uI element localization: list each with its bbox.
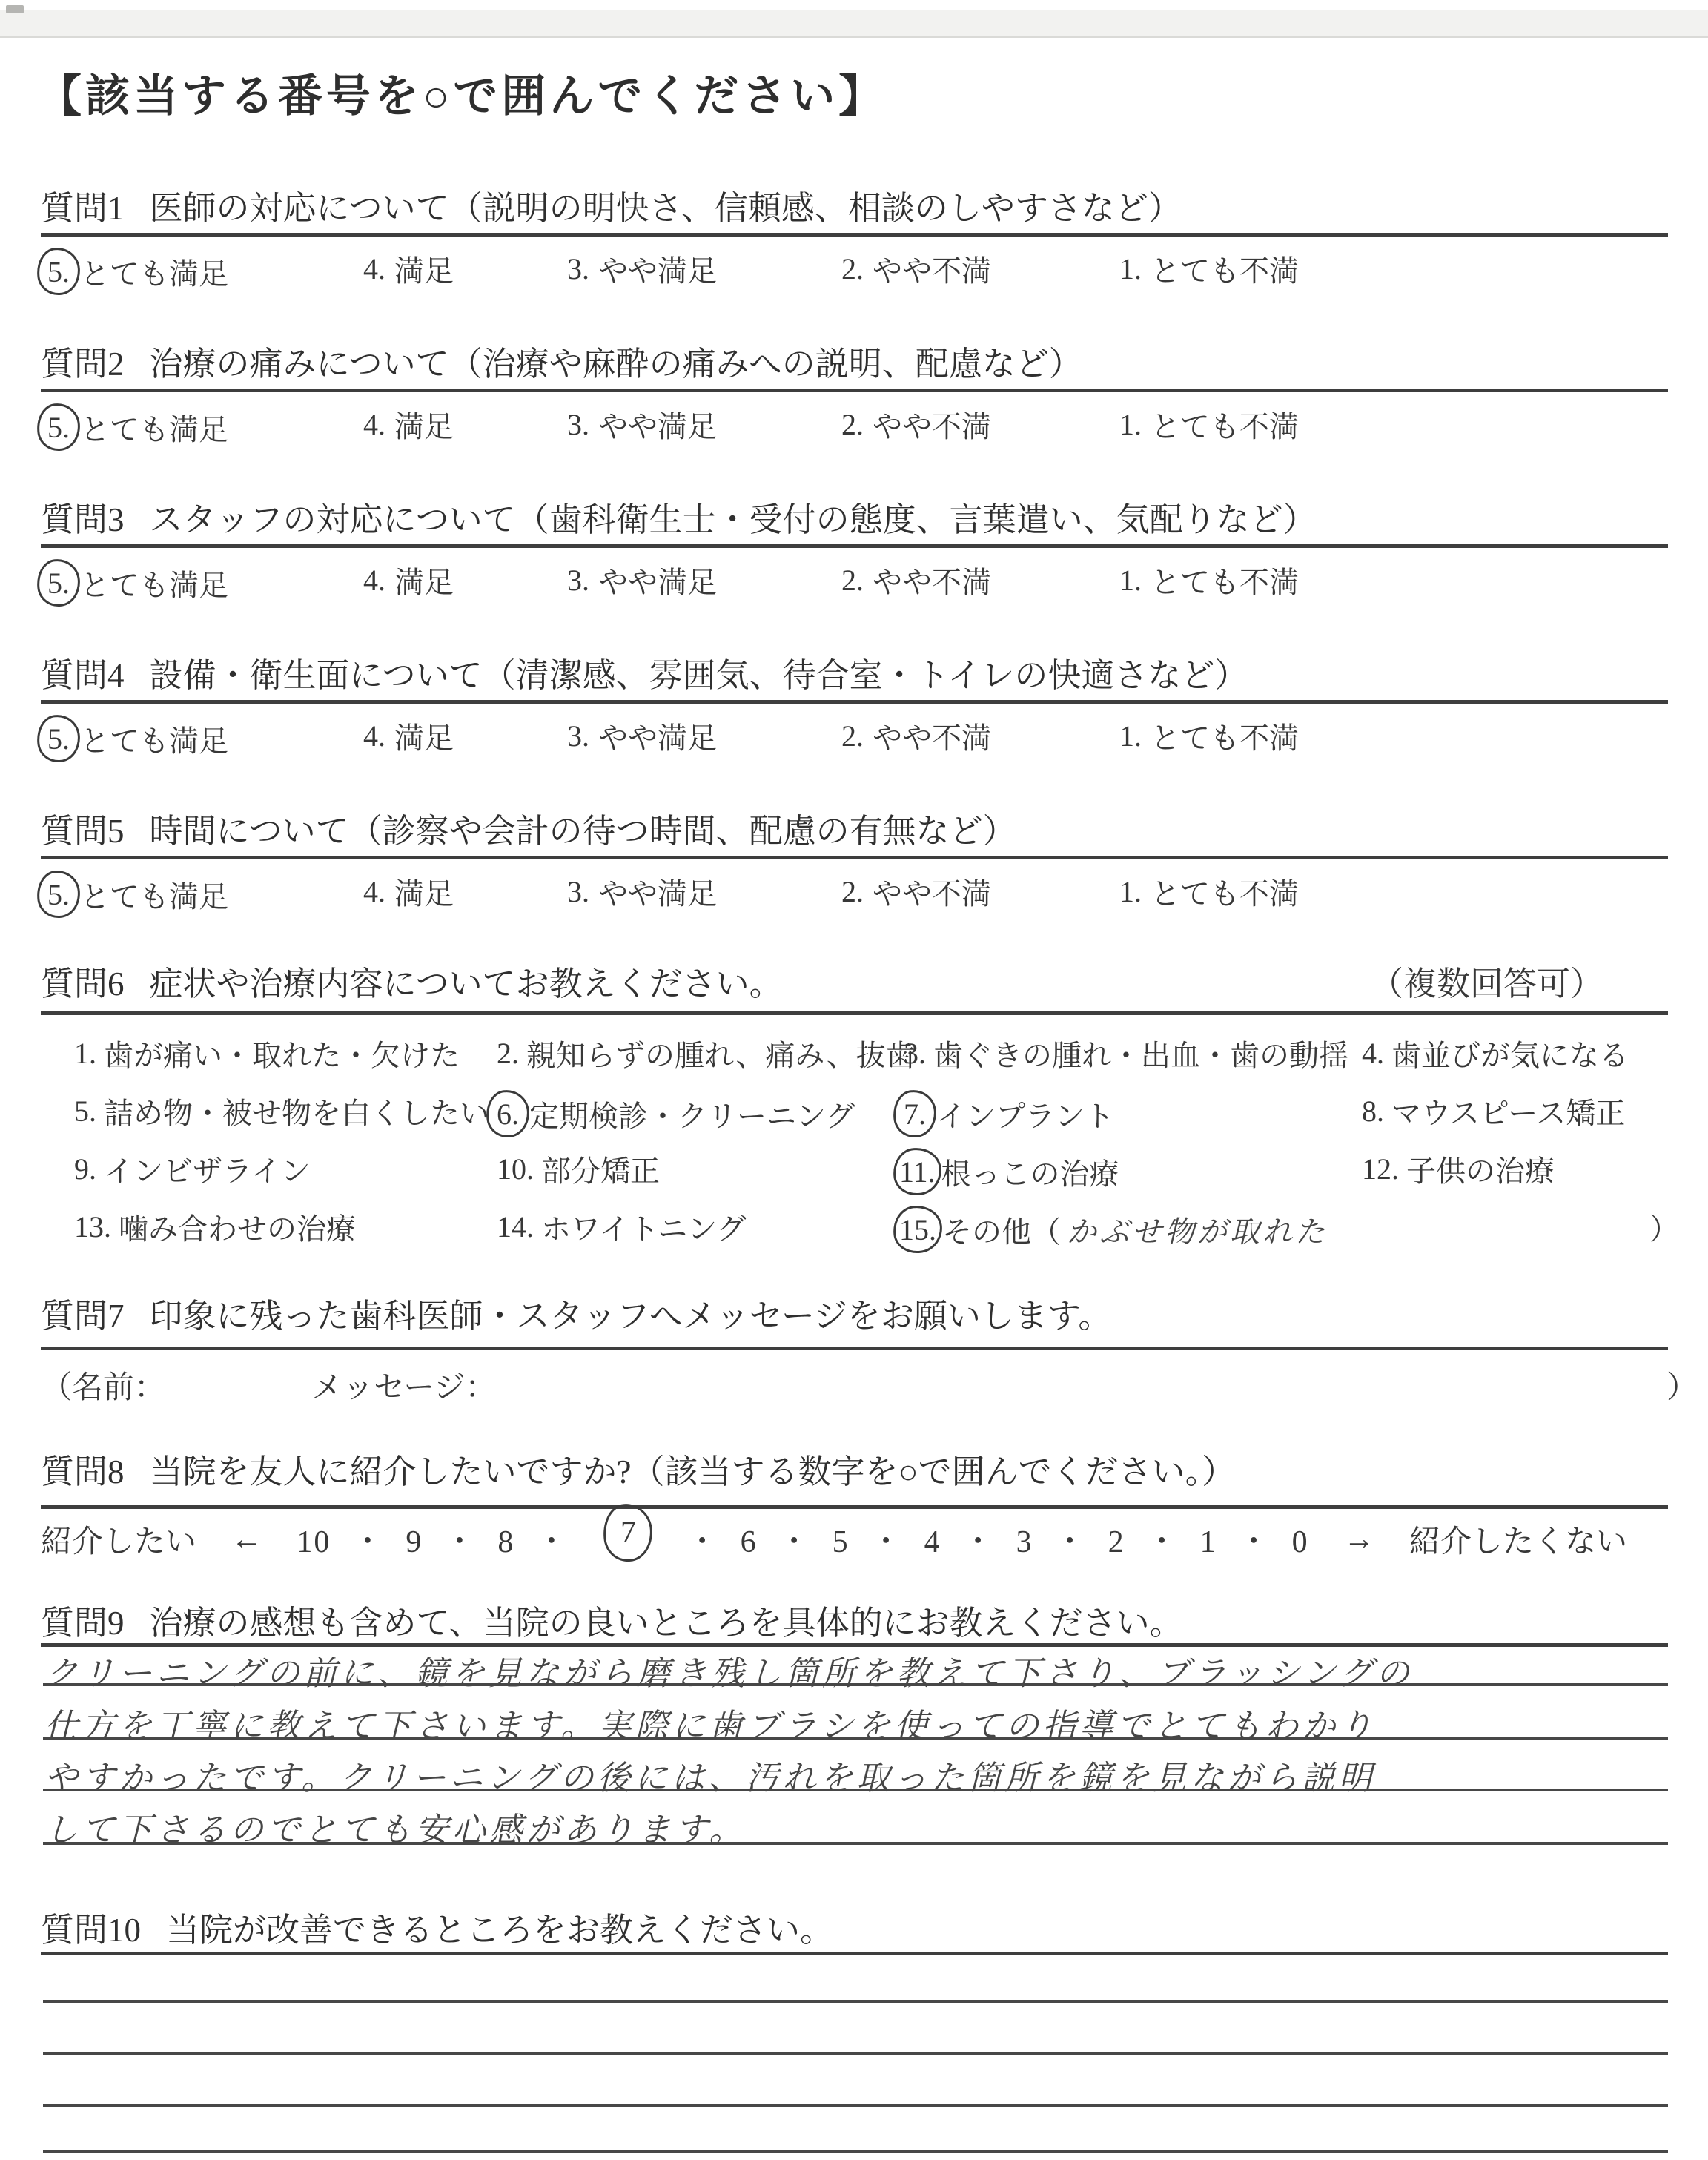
option-5-circled: 5.とても満足 xyxy=(37,715,228,762)
question-2-options: 5.とても満足 4.満足 3.やや満足 2.やや不満 1.とても不満 xyxy=(0,403,1708,455)
question-text: スタッフの対応について（歯科衛生士・受付の態度、言葉遣い、気配りなど） xyxy=(150,501,1317,538)
question-3-options: 5.とても満足 4.満足 3.やや満足 2.やや不満 1.とても不満 xyxy=(0,559,1708,611)
option-number: 9. xyxy=(74,1152,96,1186)
option-label: やや満足 xyxy=(598,715,717,757)
option-number: 2. xyxy=(497,1036,519,1071)
handwritten-answer-line: クリーニングの前に、鏡を見ながら磨き残し箇所を教えて下さり、ブラッシングの xyxy=(44,1646,1683,1694)
question-4-options: 5.とても満足 4.満足 3.やや満足 2.やや不満 1.とても不満 xyxy=(0,715,1708,767)
option-number: 2. xyxy=(841,563,864,598)
question-1-heading: 質問1医師の対応について（説明の明快さ、信頼感、相談のしやすさなど） xyxy=(41,181,1182,229)
scan-speck xyxy=(6,5,24,13)
q6-option-3: 3.歯ぐきの腫れ・出血・歯の動揺 xyxy=(904,1032,1348,1074)
writing-line xyxy=(43,2052,1668,2055)
question-number: 質問8 xyxy=(41,1453,125,1490)
option-number: 1. xyxy=(1119,251,1142,286)
option-number: 4. xyxy=(363,563,385,598)
question-text: 時間について（診察や会計の待つ時間、配慮の有無など） xyxy=(150,813,1016,850)
question-text: 治療の感想も含めて、当院の良いところを具体的にお教えください。 xyxy=(150,1605,1183,1642)
option-number: 3. xyxy=(567,407,589,442)
option-label: とても不満 xyxy=(1151,559,1299,601)
message-field-label: メッセージ： xyxy=(311,1363,496,1407)
writing-line xyxy=(43,1842,1668,1845)
divider-line xyxy=(41,233,1668,237)
option-3: 3.やや満足 xyxy=(567,559,717,601)
option-label: とても満足 xyxy=(80,406,228,449)
question-4-heading: 質問4設備・衛生面について（清潔感、雰囲気、待合室・トイレの快適さなど） xyxy=(41,648,1248,696)
option-label: やや不満 xyxy=(873,403,991,446)
q6-row-3: 9.インビザライン 10.部分矯正 11.根っこの治療 12.子供の治療 xyxy=(0,1148,1708,1200)
option-3: 3.やや満足 xyxy=(567,715,717,757)
question-number: 質問3 xyxy=(41,501,125,538)
handwritten-answer-line: 仕方を丁寧に教えて下さいます。実際に歯ブラシを使っての指導でとてもわかり xyxy=(44,1699,1683,1747)
q6-option-7-circled: 7.インプラント xyxy=(893,1090,1114,1137)
q6-option-1: 1.歯が痛い・取れた・欠けた xyxy=(74,1032,460,1074)
question-8-heading: 質問8当院を友人に紹介したいですか?（該当する数字を○で囲んでください。） xyxy=(41,1444,1235,1493)
option-number: 1. xyxy=(74,1036,96,1071)
option-2: 2.やや不満 xyxy=(841,715,991,757)
multiple-answers-note: （複数回答可） xyxy=(1370,957,1603,1005)
scan-artifact-band xyxy=(0,10,1708,38)
option-number: 5. xyxy=(47,410,70,445)
question-number: 質問2 xyxy=(41,346,125,383)
name-field-label: （名前： xyxy=(41,1363,165,1407)
question-2-heading: 質問2治療の痛みについて（治療や麻酔の痛みへの説明、配慮など） xyxy=(41,337,1082,385)
answer-circle: 5. xyxy=(36,558,82,608)
question-5-heading: 質問5時間について（診察や会計の待つ時間、配慮の有無など） xyxy=(41,804,1016,852)
option-number: 5. xyxy=(47,721,70,756)
option-label: とても不満 xyxy=(1151,715,1299,757)
q6-other-close-paren: ） xyxy=(1649,1206,1679,1248)
option-5-circled: 5.とても満足 xyxy=(37,403,228,451)
option-2: 2.やや不満 xyxy=(841,559,991,601)
option-3: 3.やや満足 xyxy=(567,403,717,446)
question-number: 質問10 xyxy=(41,1912,141,1949)
option-4: 4.満足 xyxy=(363,559,454,601)
q6-option-12: 12.子供の治療 xyxy=(1362,1148,1555,1190)
writing-line xyxy=(43,1789,1668,1791)
option-label: やや不満 xyxy=(873,248,991,290)
option-label: 根っこの治療 xyxy=(941,1151,1119,1193)
option-1: 1.とても不満 xyxy=(1119,559,1299,601)
question-9-heading: 質問9治療の感想も含めて、当院の良いところを具体的にお教えください。 xyxy=(41,1596,1183,1644)
q6-option-10: 10.部分矯正 xyxy=(497,1148,660,1190)
scale-numbers-right: ・ 6 ・ 5 ・ 4 ・ 3 ・ 2 ・ 1 ・ 0 xyxy=(686,1517,1309,1562)
option-number: 4. xyxy=(363,719,385,753)
option-number: 3. xyxy=(567,874,589,909)
left-arrow-icon: ← xyxy=(231,1522,262,1557)
option-label: 満足 xyxy=(394,559,454,601)
writing-line xyxy=(43,1737,1668,1740)
question-number: 質問4 xyxy=(41,657,125,694)
close-paren: ） xyxy=(1666,1363,1698,1407)
option-label: 噛み合わせの治療 xyxy=(119,1206,356,1248)
option-label: インプラント xyxy=(936,1093,1114,1135)
survey-form-page: 【該当する番号を○で囲んでください】 質問1医師の対応について（説明の明快さ、信… xyxy=(0,0,1708,2160)
question-7-heading: 質問7印象に残った歯科医師・スタッフへメッセージをお願いします。 xyxy=(41,1289,1111,1337)
option-3: 3.やや満足 xyxy=(567,248,717,290)
option-label: 歯並びが気になる xyxy=(1391,1032,1629,1074)
option-number: 5. xyxy=(47,254,70,289)
divider-line xyxy=(41,389,1668,392)
q6-row-4: 13.噛み合わせの治療 14.ホワイトニング 15.その他（かぶせ物が取れた ） xyxy=(0,1206,1708,1258)
option-number: 4. xyxy=(363,874,385,909)
q6-row-2: 5.詰め物・被せ物を白くしたい 6.定期検診・クリーニング 7.インプラント 8… xyxy=(0,1090,1708,1142)
option-number: 4. xyxy=(363,251,385,286)
question-text: 症状や治療内容についてお教えください。 xyxy=(150,965,783,1003)
question-number: 質問5 xyxy=(41,813,125,850)
option-2: 2.やや不満 xyxy=(841,248,991,290)
option-number: 3. xyxy=(567,563,589,598)
option-2: 2.やや不満 xyxy=(841,871,991,913)
option-label: 定期検診・クリーニング xyxy=(529,1093,855,1135)
question-number: 質問1 xyxy=(41,190,125,227)
q6-option-6-circled: 6.定期検診・クリーニング xyxy=(486,1090,855,1137)
option-label: とても満足 xyxy=(80,873,228,916)
option-number: 1. xyxy=(1119,719,1142,753)
divider-line xyxy=(41,544,1668,548)
option-label: 満足 xyxy=(394,715,454,757)
right-arrow-icon: → xyxy=(1343,1522,1374,1557)
option-label: やや不満 xyxy=(873,871,991,913)
answer-circle: 5. xyxy=(36,869,82,919)
q6-option-14: 14.ホワイトニング xyxy=(497,1206,746,1248)
question-3-heading: 質問3スタッフの対応について（歯科衛生士・受付の態度、言葉遣い、気配りなど） xyxy=(41,492,1317,541)
option-label: やや満足 xyxy=(598,559,717,601)
option-number: 2. xyxy=(841,874,864,909)
question-text: 医師の対応について（説明の明快さ、信頼感、相談のしやすさなど） xyxy=(150,190,1182,227)
question-1-options: 5.とても満足 4.満足 3.やや満足 2.やや不満 1.とても不満 xyxy=(0,248,1708,300)
option-label: 親知らずの腫れ、痛み、抜歯 xyxy=(526,1032,916,1074)
option-1: 1.とても不満 xyxy=(1119,248,1299,290)
option-1: 1.とても不満 xyxy=(1119,871,1299,913)
option-number: 2. xyxy=(841,719,864,753)
answer-circle: 7 xyxy=(601,1502,654,1563)
option-5-circled: 5.とても満足 xyxy=(37,559,228,607)
answer-circle: 11. xyxy=(892,1146,943,1197)
option-label: とても満足 xyxy=(80,251,228,293)
option-3: 3.やや満足 xyxy=(567,871,717,913)
option-number: 1. xyxy=(1119,563,1142,598)
q6-option-2: 2.親知らずの腫れ、痛み、抜歯 xyxy=(497,1032,916,1074)
answer-circle: 15. xyxy=(892,1204,944,1255)
option-label: 歯が痛い・取れた・欠けた xyxy=(104,1032,460,1074)
q6-option-4: 4.歯並びが気になる xyxy=(1362,1032,1629,1074)
option-5-circled: 5.とても満足 xyxy=(37,871,228,918)
option-label: 詰め物・被せ物を白くしたい xyxy=(104,1090,489,1132)
selected-score: 7 xyxy=(620,1515,635,1550)
option-number: 1. xyxy=(1119,407,1142,442)
question-6-heading: 質問6症状や治療内容についてお教えください。 xyxy=(41,957,783,1005)
scale-left-label: 紹介したい xyxy=(41,1517,196,1562)
option-5-circled: 5.とても満足 xyxy=(37,248,228,295)
answer-circle: 7. xyxy=(892,1089,938,1139)
option-label: とても不満 xyxy=(1151,403,1299,446)
option-number: 6. xyxy=(497,1097,519,1132)
option-number: 15. xyxy=(899,1212,936,1247)
divider-line xyxy=(41,1505,1668,1509)
answer-circle: 5. xyxy=(36,402,82,452)
option-label: その他（ xyxy=(942,1209,1061,1251)
option-label: とても満足 xyxy=(80,562,228,604)
option-label: やや不満 xyxy=(873,715,991,757)
question-number: 質問9 xyxy=(41,1605,125,1642)
page-title: 【該当する番号を○で囲んでください】 xyxy=(37,61,887,125)
q6-option-5: 5.詰め物・被せ物を白くしたい xyxy=(74,1090,489,1132)
divider-line xyxy=(41,856,1668,859)
writing-line xyxy=(43,2150,1668,2153)
option-number: 12. xyxy=(1362,1152,1399,1186)
option-number: 5. xyxy=(47,877,70,912)
answer-circle: 6. xyxy=(485,1089,531,1139)
q6-option-13: 13.噛み合わせの治療 xyxy=(74,1206,356,1248)
option-label: マウスピース矯正 xyxy=(1391,1090,1625,1132)
q6-option-15-circled: 15.その他（かぶせ物が取れた xyxy=(893,1206,1328,1253)
option-number: 2. xyxy=(841,251,864,286)
option-4: 4.満足 xyxy=(363,403,454,446)
handwritten-answer-line: やすかったです。クリーニングの後には、汚れを取った箇所を鏡を見ながら説明 xyxy=(44,1751,1683,1799)
option-number: 5. xyxy=(74,1094,96,1129)
option-label: とても満足 xyxy=(80,718,228,760)
nps-scale: 紹介したい ← 10 ・ 9 ・ 8 ・ 7 ・ 6 ・ 5 ・ 4 ・ 3 ・… xyxy=(41,1517,1627,1562)
option-number: 4. xyxy=(1362,1036,1384,1071)
scale-numbers-left: 10 ・ 9 ・ 8 ・ xyxy=(297,1517,569,1562)
option-4: 4.満足 xyxy=(363,871,454,913)
option-1: 1.とても不満 xyxy=(1119,715,1299,757)
question-number: 質問7 xyxy=(41,1298,125,1335)
option-label: 子供の治療 xyxy=(1406,1148,1555,1190)
option-label: インビザライン xyxy=(104,1148,311,1190)
scale-right-label: 紹介したくない xyxy=(1409,1517,1627,1562)
question-number: 質問6 xyxy=(41,965,125,1003)
question-text: 治療の痛みについて（治療や麻酔の痛みへの説明、配慮など） xyxy=(150,346,1082,383)
writing-line xyxy=(43,2000,1668,2003)
q6-option-8: 8.マウスピース矯正 xyxy=(1362,1090,1625,1132)
question-text: 当院が改善できるところをお教えください。 xyxy=(166,1912,833,1949)
option-number: 10. xyxy=(497,1152,534,1186)
question-10-heading: 質問10当院が改善できるところをお教えください。 xyxy=(41,1903,833,1951)
q6-option-11-circled: 11.根っこの治療 xyxy=(893,1148,1119,1195)
option-number: 4. xyxy=(363,407,385,442)
option-label: ホワイトニング xyxy=(541,1206,746,1248)
option-number: 7. xyxy=(904,1097,926,1132)
question-text: 印象に残った歯科医師・スタッフへメッセージをお願いします。 xyxy=(150,1298,1112,1335)
answer-circle: 5. xyxy=(36,713,82,764)
handwritten-other-answer: かぶせ物が取れた xyxy=(1067,1209,1328,1251)
option-4: 4.満足 xyxy=(363,248,454,290)
divider-line xyxy=(41,1952,1668,1955)
close-paren: ） xyxy=(1649,1206,1679,1248)
option-number: 5. xyxy=(47,566,70,601)
q6-option-9: 9.インビザライン xyxy=(74,1148,311,1190)
divider-line xyxy=(41,1347,1668,1350)
option-label: 満足 xyxy=(394,871,454,913)
writing-line xyxy=(43,2104,1668,2107)
option-number: 1. xyxy=(1119,874,1142,909)
option-number: 3. xyxy=(567,251,589,286)
writing-line xyxy=(43,1683,1668,1686)
option-number: 8. xyxy=(1362,1094,1384,1129)
option-label: 満足 xyxy=(394,248,454,290)
option-label: 部分矯正 xyxy=(541,1148,660,1190)
question-5-options: 5.とても満足 4.満足 3.やや満足 2.やや不満 1.とても不満 xyxy=(0,871,1708,922)
divider-line xyxy=(41,1011,1668,1015)
option-label: とても不満 xyxy=(1151,248,1299,290)
option-label: とても不満 xyxy=(1151,871,1299,913)
question-text: 当院を友人に紹介したいですか?（該当する数字を○で囲んでください。） xyxy=(150,1453,1236,1490)
option-2: 2.やや不満 xyxy=(841,403,991,446)
option-label: 歯ぐきの腫れ・出血・歯の動揺 xyxy=(933,1032,1348,1074)
option-number: 3. xyxy=(904,1036,926,1071)
q6-row-1: 1.歯が痛い・取れた・欠けた 2.親知らずの腫れ、痛み、抜歯 3.歯ぐきの腫れ・… xyxy=(0,1032,1708,1084)
option-label: やや満足 xyxy=(598,871,717,913)
option-number: 11. xyxy=(899,1155,936,1189)
divider-line xyxy=(41,700,1668,704)
option-label: 満足 xyxy=(394,403,454,446)
option-1: 1.とても不満 xyxy=(1119,403,1299,446)
option-number: 14. xyxy=(497,1209,534,1244)
option-label: やや不満 xyxy=(873,559,991,601)
question-text: 設備・衛生面について（清潔感、雰囲気、待合室・トイレの快適さなど） xyxy=(150,657,1248,694)
option-label: やや満足 xyxy=(598,403,717,446)
option-label: やや満足 xyxy=(598,248,717,290)
answer-circle: 5. xyxy=(36,246,82,297)
option-number: 3. xyxy=(567,719,589,753)
option-4: 4.満足 xyxy=(363,715,454,757)
option-number: 2. xyxy=(841,407,864,442)
option-number: 13. xyxy=(74,1209,111,1244)
